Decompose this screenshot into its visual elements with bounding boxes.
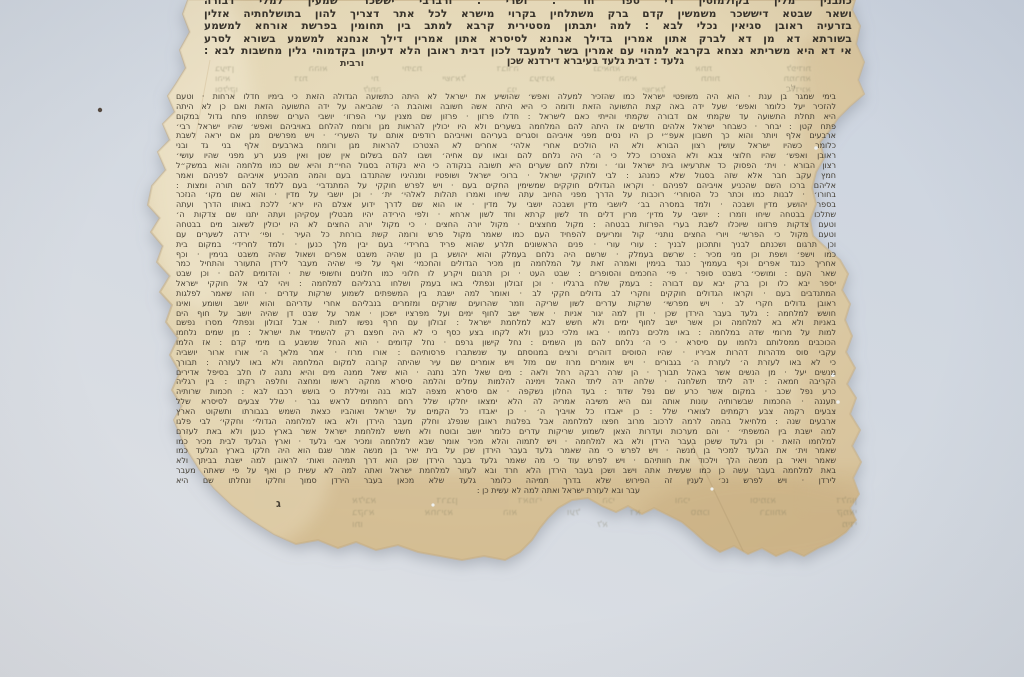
commentary-last-line: עבר ובא לעזרת ישראל ואתה למה לא עשית כן … [335, 486, 640, 495]
photo-of-torn-manuscript-leaf: כתבנין מלין בקולמוסין די ספר חר : ושרי :… [0, 0, 1024, 677]
commentary-line: וטעם צדקות פרזונו שיוכלו לשבת בערי הפרזו… [176, 220, 836, 230]
commentary-line: צבעים רקמה צבע רקמתים לצוארי שלל : כן יא… [176, 407, 836, 417]
commentary-line: אליהם ברכו השם שהכניע אויביהם לפניהם · ו… [176, 181, 836, 191]
commentary-line: כרע נפל שכב · במקום אשר כרע שם נפל שדוד … [176, 387, 836, 397]
targum-left-word: ורבית [340, 58, 364, 69]
commentary-line: בספר יהושע מדין ושבכה · ולמד במסרה בב׳ ל… [176, 200, 836, 210]
background-speck [98, 108, 102, 112]
commentary-line: חושש למלחמה : גלעד בעבר הירדן שכן · ודן … [176, 309, 836, 319]
commentary-line: הכוכבים ממסלותם נלחמו עם סיסרא · כי ה׳ נ… [176, 338, 836, 348]
commentary-line: שתלכו בבטחה שיחו וזמרו : יושבי על מדין׳ … [176, 210, 836, 220]
commentary-line: כלומר כשהיו ישראל עושין רצון הבורא ולא ה… [176, 141, 836, 151]
targum-line: בזרעיה ראובן סגיאין נכלי לבא : למה יתבתו… [204, 20, 852, 33]
commentary-text-block: בימי שמגר בן ענת · הוא היה משופטי ישראל … [176, 92, 836, 486]
commentary-line: באת למלחמה בעבר עשה כן כמו שעשית אתה ויש… [176, 466, 836, 476]
commentary-line: מנשים יעל · מן הנשים אשר באהל תבורך · הן… [176, 368, 836, 378]
targum-text-block: כתבנין מלין בקולמוסין די ספר חר : ושרי :… [204, 0, 852, 58]
commentary-line: באניות ולא בא למלחמה וכן אשר ישב לחוף ימ… [176, 318, 836, 328]
commentary-line: בחורו׳ · לבנות כמו וכתר כל הסוחרי׳ רוכבו… [176, 190, 836, 200]
commentary-line: אחריך כנגד אפרים וכף בעממיך כנגד בנימין … [176, 259, 836, 269]
commentary-line: שאר העם : ומושכי׳ בשבט סופר · פי׳ החכמים… [176, 269, 836, 279]
commentary-line: ארבעים אלף ויותר והוא כך חשבון אעפ״י כן … [176, 131, 836, 141]
commentary-line: למות על מרומי שדה במלחמה : באו מלכים נלח… [176, 328, 836, 338]
commentary-line: שאמר וית׳ את הגלעד למכיר בן מנשה · ויש ל… [176, 446, 836, 456]
commentary-line: וטעם מקול כי הפרשי׳ ויורי החצים נותני׳ ק… [176, 230, 836, 240]
commentary-line: לירדן · ויש לפרש נכ׳ לענין זה הפירוש שלא… [176, 476, 836, 486]
commentary-line: ארבעים שנה : מלחיאל בהמה לרמה לרכוב מרוב… [176, 417, 836, 427]
commentary-line: המתנדבים בעם · וקראו הגדולים חוקקים וחקר… [176, 289, 836, 299]
showthrough-line: ותו לא מידי [352, 519, 857, 531]
showthrough-line: אליבא דרבנן דאמרי הכי והכי וסימנא דלהון [352, 495, 857, 507]
commentary-line: כי לא באו לעזרת ה׳ לעזרת ה׳ בגבורים · וי… [176, 358, 836, 368]
targum-line: ושאר שבטא דיששכר משמשין קדם ברק משתלחין … [204, 8, 852, 21]
targum-line: כתבנין מלין בקולמוסין די ספר חר : ושרי :… [204, 0, 852, 8]
commentary-line: כמו וישפ׳ ושפת וכן מני מכיר : שרשם בעמלק… [176, 250, 836, 260]
commentary-line: ראובן גדולים חקרי לב · ויש מפרשי׳ שרקות … [176, 299, 836, 309]
commentary-line: בימי שמגר בן ענת · הוא היה משופטי ישראל … [176, 92, 836, 102]
commentary-line: הקריבה חמאה : ידה ליתד תשלחנה · שלחה ידה… [176, 377, 836, 387]
commentary-line: להזכיר יעל כלומר ואפש׳ שעל ידה באה קצת ה… [176, 102, 836, 112]
commentary-line: עקבי סוס מדהרות דהרות אביריו · שהיו הסוס… [176, 348, 836, 358]
commentary-line: פתח קטן : יבחר · כשבחר ישראל אלהים חדשים… [176, 122, 836, 132]
commentary-line: יספר יבא כלו וכן ברק יבא עם דבורה : בעמק… [176, 279, 836, 289]
margin-pencil-scribble: לב [785, 83, 797, 94]
showthrough-line: בקרא אחרינא הוא ועל דא סמכו רבוותא קמאי [352, 507, 857, 519]
targum-tail-row: גלעד : דבית גלעד בעיברא דירדנא שכן ורבית [204, 56, 852, 70]
quire-signature-mark: ג [276, 497, 281, 510]
commentary-line: למה ישבת בין המשפתי׳ · והם מערכות ועדרות… [176, 427, 836, 437]
targum-gilad-phrase: גלעד : דבית גלעד בעיברא דירדנא שכן [507, 56, 684, 67]
commentary-line: רצון הבורא · וית׳ הפסוק כד אתרעיאו בית י… [176, 161, 836, 171]
showthrough-text-bottom: אליבא דרבנן דאמרי הכי והכי וסימנא דלהוןב… [352, 495, 857, 531]
commentary-line: תעננה · החכמות שבשרותיה עונות אותה וגם ה… [176, 397, 836, 407]
commentary-line: חמץ עקב חבר אלא שזה בסגול שלא כמנהג : לב… [176, 171, 836, 181]
commentary-line: שאמר ויאיר בן מנשה הלך וילכוד את חוותיהם… [176, 456, 836, 466]
showthrough-line: והיא דנת ית ישראל בעידנא ההיא תחות תמרתא [215, 74, 811, 84]
targum-line: בשורתא דא מן דא לברק אתון אמרין בדילך אנ… [204, 33, 852, 46]
commentary-line: למלחמו הזאת · וכן גלעד ששכן בעבר הירדן ו… [176, 437, 836, 447]
commentary-line: וכן תרגום ושכנתם לבניך ותתכונן לבניך : ע… [176, 240, 836, 250]
commentary-line: ראובן ואפש׳ שהיו חלוצי צבא ולא הצטרכו כל… [176, 151, 836, 161]
commentary-line: היא תחלת התשועה עד שקמתי אם דבורה שקמתי … [176, 112, 836, 122]
